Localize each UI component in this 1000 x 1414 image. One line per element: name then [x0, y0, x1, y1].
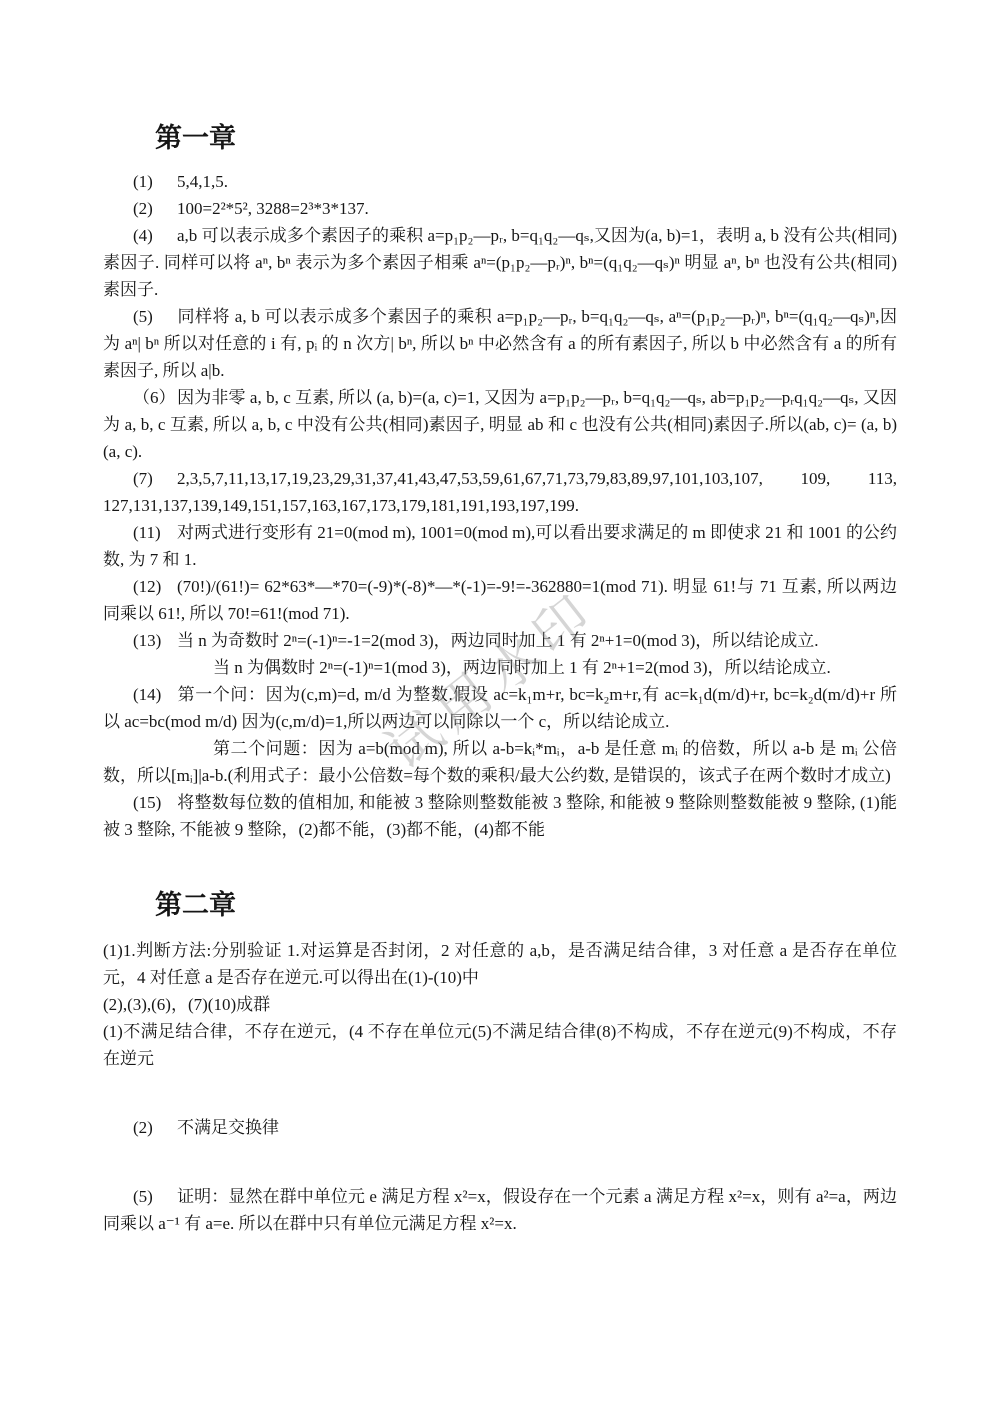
item-text: 2,3,5,7,11,13,17,19,23,29,31,37,41,43,47…	[103, 469, 897, 515]
item-text: 当 n 为奇数时 2ⁿ=(-1)ⁿ=-1=2(mod 3)，两边同时加上 1 有…	[177, 631, 818, 650]
item-number: (15)	[133, 789, 177, 816]
chapter-1-title: 第一章	[155, 120, 897, 156]
item-number: (12)	[133, 573, 177, 600]
item-number: (2)	[133, 1114, 177, 1141]
solution-item-7: (7)2,3,5,7,11,13,17,19,23,29,31,37,41,43…	[103, 465, 897, 519]
solution-item-14-second-question: 第二个问题：因为 a=b(mod m), 所以 a-b=kᵢ*mᵢ，a-b 是任…	[103, 735, 897, 789]
item-number: （6）	[133, 384, 177, 411]
solution-item-15: (15)将整数每位数的值相加, 和能被 3 整除则整数能被 3 整除, 和能被 …	[103, 789, 897, 843]
chapter2-groups-list: (2),(3),(6)，(7)(10)成群	[103, 991, 897, 1018]
item-text: 不满足交换律	[177, 1118, 279, 1137]
item-number: (7)	[133, 465, 177, 492]
solution-item-14: (14)第一个问：因为(c,m)=d, m/d 为整数.假设 ac=k₁m+r,…	[103, 681, 897, 735]
solution-item-13-even-case: 当 n 为偶数时 2ⁿ=(-1)ⁿ=1(mod 3)，两边同时加上 1 有 2ⁿ…	[103, 654, 897, 681]
chapter2-non-groups-list: (1)不满足结合律，不存在逆元，(4 不存在单位元(5)不满足结合律(8)不构成…	[103, 1018, 897, 1072]
item-text: 第一个问：因为(c,m)=d, m/d 为整数.假设 ac=k₁m+r, bc=…	[103, 685, 897, 731]
chapter2-method-paragraph: (1)1.判断方法:分别验证 1.对运算是否封闭，2 对任意的 a,b，是否满足…	[103, 937, 897, 991]
item-number: (2)	[133, 195, 177, 222]
item-number: (11)	[133, 519, 177, 546]
item-text: 同样将 a, b 可以表示成多个素因子的乘积 a=p₁p₂—pᵣ, b=q₁q₂…	[103, 307, 897, 380]
solution-item-1: (1)5,4,1,5.	[103, 168, 897, 195]
item-number: (13)	[133, 627, 177, 654]
chapter2-solution-item-2: (2)不满足交换律	[103, 1114, 897, 1141]
solution-item-13: (13)当 n 为奇数时 2ⁿ=(-1)ⁿ=-1=2(mod 3)，两边同时加上…	[103, 627, 897, 654]
item-number: (1)	[133, 168, 177, 195]
solution-item-11: (11)对两式进行变形有 21=0(mod m), 1001=0(mod m),…	[103, 519, 897, 573]
item-text: 100=2²*5², 3288=2³*3*137.	[177, 199, 369, 218]
item-text: 证明：显然在群中单位元 e 满足方程 x²=x，假设存在一个元素 a 满足方程 …	[103, 1187, 897, 1233]
solution-item-6: （6）因为非零 a, b, c 互素, 所以 (a, b)=(a, c)=1, …	[103, 384, 897, 465]
item-number: (14)	[133, 681, 177, 708]
solution-item-5: (5)同样将 a, b 可以表示成多个素因子的乘积 a=p₁p₂—pᵣ, b=q…	[103, 303, 897, 384]
chapter-2-title: 第二章	[155, 887, 897, 923]
item-text: 将整数每位数的值相加, 和能被 3 整除则整数能被 3 整除, 和能被 9 整除…	[103, 793, 897, 839]
item-text: 5,4,1,5.	[177, 172, 228, 191]
solution-item-2: (2)100=2²*5², 3288=2³*3*137.	[103, 195, 897, 222]
item-text: a,b 可以表示成多个素因子的乘积 a=p₁p₂—pᵣ, b=q₁q₂—qₛ,又…	[103, 226, 897, 299]
item-text: 因为非零 a, b, c 互素, 所以 (a, b)=(a, c)=1, 又因为…	[103, 388, 897, 461]
item-number: (5)	[133, 303, 177, 330]
item-number: (5)	[133, 1183, 177, 1210]
document-page: 试用水印 第一章 (1)5,4,1,5. (2)100=2²*5², 3288=…	[0, 0, 1000, 1237]
item-number: (4)	[133, 222, 177, 249]
item-text: (70!)/(61!)= 62*63*—*70=(-9)*(-8)*—*(-1)…	[103, 577, 897, 623]
solution-item-4: (4)a,b 可以表示成多个素因子的乘积 a=p₁p₂—pᵣ, b=q₁q₂—q…	[103, 222, 897, 303]
solution-item-12: (12)(70!)/(61!)= 62*63*—*70=(-9)*(-8)*—*…	[103, 573, 897, 627]
item-text: 对两式进行变形有 21=0(mod m), 1001=0(mod m),可以看出…	[103, 523, 897, 569]
chapter2-solution-item-5: (5)证明：显然在群中单位元 e 满足方程 x²=x，假设存在一个元素 a 满足…	[103, 1183, 897, 1237]
